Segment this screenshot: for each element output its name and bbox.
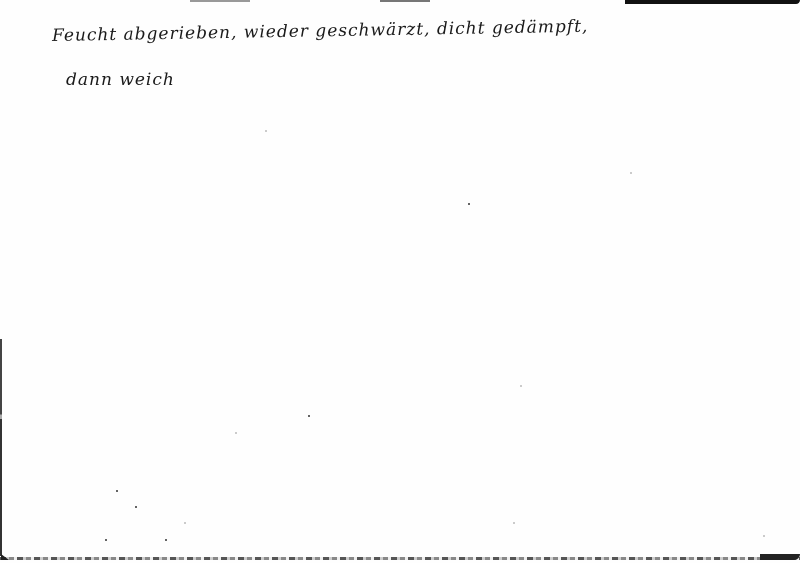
paper-speck [468,203,470,205]
paper-speck [184,522,186,524]
scan-edge-artifact [760,554,800,560]
paper-speck [105,539,107,541]
paper-speck [135,506,137,508]
corner-mark [1,554,9,560]
paper-speck [763,535,765,537]
scan-edge-artifact [625,0,800,4]
paper-speck [513,522,515,524]
scan-edge-artifact [380,0,430,2]
paper-speck [165,539,167,541]
paper-speck [520,385,522,387]
scan-edge-artifact [0,557,800,560]
handwritten-line-1: Feucht abgerieben, wieder geschwärzt, di… [52,17,589,46]
handwritten-line-2: dann weich [66,70,175,90]
paper-speck [308,415,310,417]
scanned-handwritten-page: Feucht abgerieben, wieder geschwärzt, di… [0,0,800,563]
paper-speck [235,432,237,434]
paper-speck [116,490,118,492]
paper-speck [265,130,267,132]
paper-speck [630,172,632,174]
scan-edge-artifact [0,320,2,556]
scan-edge-artifact [190,0,250,2]
